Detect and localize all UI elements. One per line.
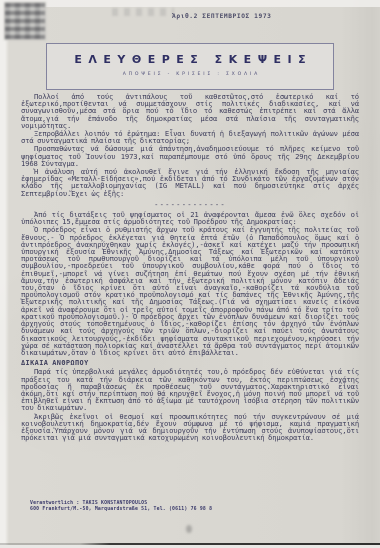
rights-paragraph: Ἀκριβῶς ἐκεῖνοι οἱ θεσμοί καί προσωπικότ…	[21, 413, 359, 442]
section-heading-human-rights: ΔΙΚΑΙΑ ΑΝΘΡΩΠΟΥ	[21, 360, 359, 367]
scanned-document-page: Ἀριθ.2 ΣΕΠΤΕΜΒΡΙΟΣ 1973 ΕΛΕΥΘΕΡΕΣ ΣΚΕΨΕΙ…	[0, 0, 380, 548]
postage-stamp-icon	[5, 3, 45, 39]
publication-subtitle: ΑΠΟΨΕΙΣ - ΚΡΙΣΕΙΣ : ΣΧΟΛΙΑ	[47, 72, 333, 77]
intro-paragraph: Ἡ ἀνάλυση αὐτή πού ἀκολουθεῖ ἔγινε γιά τ…	[21, 168, 359, 197]
publication-title: ΕΛΕΥΘΕΡΕΣ ΣΚΕΨΕΙΣ	[47, 53, 333, 66]
scan-edge-line	[0, 543, 380, 545]
intro-paragraph: Ξεπροβάλλει λοιπόν τό ἐρώτημα: Εἶναι δυν…	[21, 130, 359, 144]
scan-smudge	[186, 525, 192, 533]
intro-paragraph: Πολλοί ἀπό τούς ἀντιπάλους τοῦ καθεστῶτο…	[21, 93, 359, 129]
masthead-box: ΕΛΕΥΘΕΡΕΣ ΣΚΕΨΕΙΣ ΑΠΟΨΕΙΣ - ΚΡΙΣΕΙΣ : ΣΧ…	[46, 43, 334, 90]
pencil-scribble-marks	[112, 8, 174, 16]
quote-paragraph: Ἀπό τίς διατάξεις τοῦ ψηφίσματος οἱ 21 ἀ…	[21, 211, 359, 225]
dashed-divider: -------------	[21, 201, 359, 208]
rights-paragraph: Παρά τίς ὑπερβολικά μεγάλες ἁρμοδιότητές…	[21, 368, 359, 411]
imprint-address: 600 Frankfurt/M.-50, Marquardstraße 51, …	[30, 507, 212, 513]
intro-paragraph: Προσπαθώντας νά δώσουμε μιά ἀπάντηση,ἀνα…	[21, 145, 359, 167]
quote-paragraph: Ὁ πρόεδρος εἶναι ὁ ρυθμιστής ἄρχων τοῦ κ…	[21, 226, 359, 356]
issue-number-date: Ἀριθ.2 ΣΕΠΤΕΜΒΡΙΟΣ 1973	[172, 13, 372, 20]
publisher-imprint: Verantwortlich : TAKIS KONSTANTOPOULOS 6…	[30, 501, 212, 513]
body-text-column: Πολλοί ἀπό τούς ἀντιπάλους τοῦ καθεστῶτο…	[21, 93, 359, 442]
scan-top-margin	[0, 0, 380, 7]
